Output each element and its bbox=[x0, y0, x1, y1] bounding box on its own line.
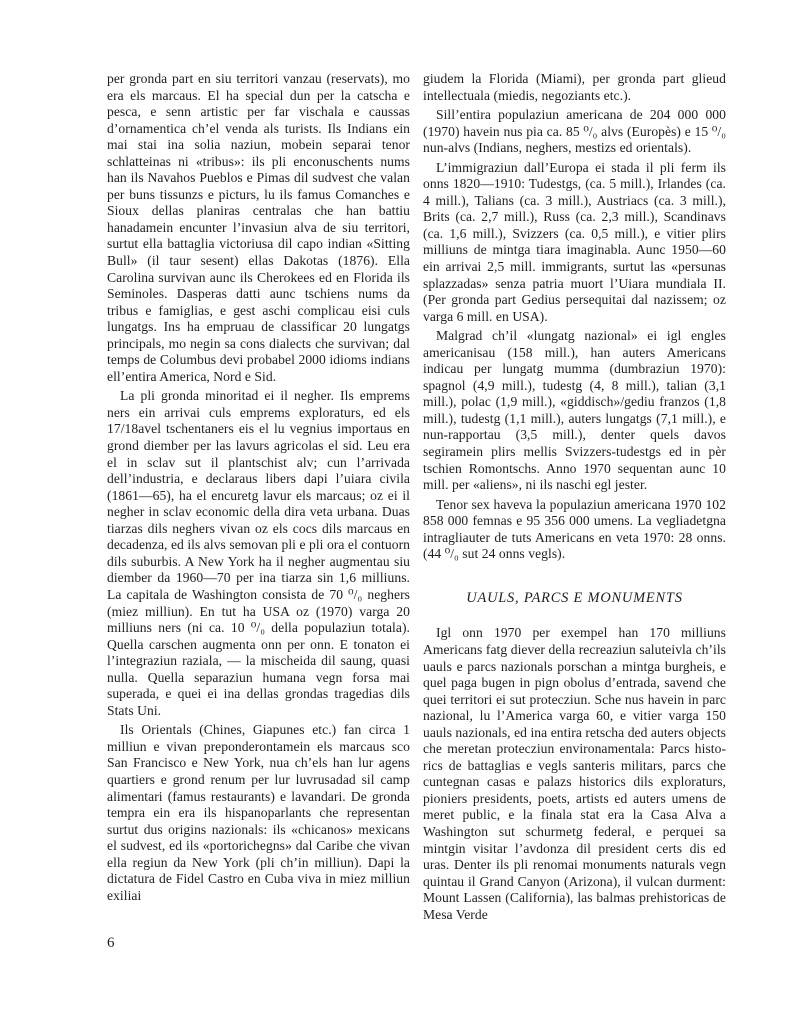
paragraph-population-total: Sill’entira populaziun americana de 204 … bbox=[423, 107, 726, 157]
paragraph-florida-continued: giudem la Florida (Miami), per gronda pa… bbox=[423, 71, 726, 104]
paragraph-parks: Igl onn 1970 per exempel han 170 milliun… bbox=[423, 625, 726, 923]
paragraph-orientals: Ils Orientals (Chines, Giapunes etc.) fa… bbox=[107, 722, 410, 904]
paragraph-immigration: L’immigraziun dall’Europa ei stada il pl… bbox=[423, 160, 726, 325]
paragraph-sex-age: Tenor sex haveva la populaziun americana… bbox=[423, 497, 726, 563]
left-column: per gronda part en siu territori vanzau … bbox=[107, 71, 410, 904]
paragraph-negher: La pli gronda minoritad ei il negher. Il… bbox=[107, 388, 410, 719]
book-page: per gronda part en siu territori vanzau … bbox=[0, 0, 800, 1024]
section-heading: UAULS, PARCS E MONUMENTS bbox=[423, 590, 726, 607]
paragraph-languages: Malgrad ch’il «lungatg nazional» ei igl … bbox=[423, 328, 726, 493]
paragraph-indians-continued: per gronda part en siu territori vanzau … bbox=[107, 71, 410, 385]
right-column: giudem la Florida (Miami), per gronda pa… bbox=[423, 71, 726, 923]
page-number: 6 bbox=[107, 935, 115, 952]
